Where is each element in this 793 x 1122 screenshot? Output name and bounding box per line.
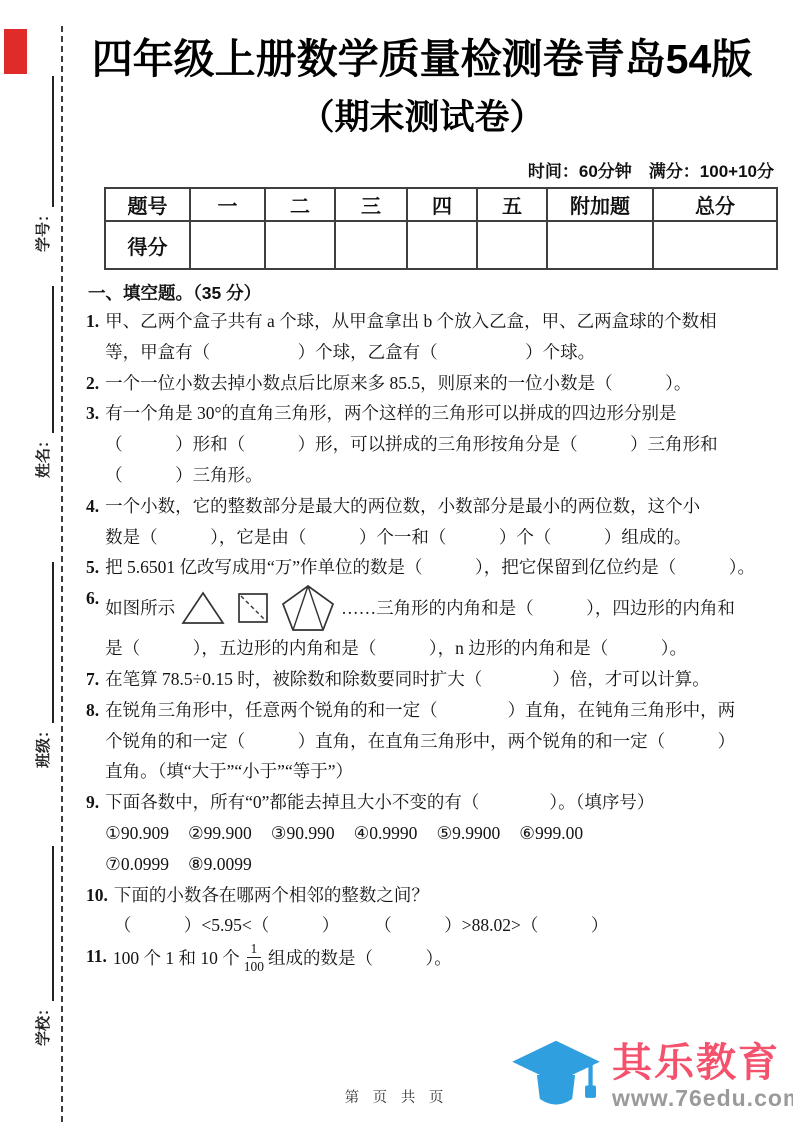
question-line: （ ）<5.95<（ ） （ ）>88.02>（ ） (114, 910, 786, 941)
question-option: ①90.909 (105, 818, 169, 849)
sidebar-field-label: 班级： (32, 723, 54, 768)
question-body: 如图所示……三角形的内角和是（ ），四边形的内角和是（ ），五边形的内角和是（ … (105, 583, 786, 664)
question-number: 6. (86, 583, 105, 614)
question-number: 3. (86, 398, 105, 429)
question-number: 2. (86, 368, 105, 399)
question-item-6: 6.如图所示……三角形的内角和是（ ），四边形的内角和是（ ），五边形的内角和是… (86, 583, 786, 664)
score-table-label: 题号 (105, 188, 190, 221)
question-options-row: ⑦0.0999⑧9.0099 (105, 849, 786, 880)
question-item-1: 1.甲、乙两个盒子共有 a 个球，从甲盒拿出 b 个放入乙盒，甲、乙两盒球的个数… (86, 306, 786, 368)
score-table-column-header: 四 (407, 188, 477, 221)
write-in-line (37, 286, 54, 433)
question-option: ③90.990 (271, 818, 335, 849)
question-text: 如图所示 (105, 593, 175, 624)
fraction-numerator: 1 (247, 941, 262, 958)
question-item-5: 5.把 5.6501 亿改写成用“万”作单位的数是（ ），把它保留到亿位约是（ … (86, 552, 786, 583)
question-item-10: 10.下面的小数各在哪两个相邻的整数之间？（ ）<5.95<（ ） （ ）>88… (86, 880, 786, 942)
question-number: 9. (86, 787, 105, 818)
question-option: ②99.900 (188, 818, 252, 849)
question-text: 组成的数是（ ）。 (268, 943, 452, 974)
score-table-column-header: 二 (265, 188, 335, 221)
question-line: 等，甲盒有（ ）个球，乙盒有（ ）个球。 (105, 337, 786, 368)
question-item-11: 11.100 个 1 和 10 个1100组成的数是（ ）。 (86, 941, 786, 975)
question-line: （ ）三角形。 (105, 460, 786, 491)
question-body: 一个小数，它的整数部分是最大的两位数，小数部分是最小的两位数，这个小数是（ ），… (105, 491, 786, 553)
question-line: 下面各数中，所有“0”都能去掉且大小不变的有（ ）。（填序号） (105, 787, 786, 818)
question-options-row: ①90.909②99.900③90.990④0.9990⑤9.9900⑥999.… (105, 818, 786, 849)
question-item-2: 2.一个一位小数去掉小数点后比原来多 85.5，则原来的一位小数是（ ）。 (86, 368, 786, 399)
score-cell-empty (190, 221, 265, 269)
test-paper-page: 学号：姓名：班级：学校： 四年级上册数学质量检测卷青岛54版 （期末测试卷） 时… (0, 0, 793, 1122)
pentagon-with-diagonals-icon (280, 583, 336, 633)
sidebar-field-school: 学校： (30, 846, 54, 1046)
score-table: 题号一二三四五附加题总分得分 (104, 187, 778, 270)
question-option: ④0.9990 (354, 818, 418, 849)
sidebar-field-label: 姓名： (32, 433, 54, 478)
time-score-info: 时间：60分钟 满分：100+10分 (62, 157, 774, 182)
question-option: ⑥999.00 (519, 818, 583, 849)
score-cell-empty (265, 221, 335, 269)
question-item-7: 7.在笔算 78.5÷0.15 时，被除数和除数要同时扩大（ ）倍，才可以计算。 (86, 664, 786, 695)
square-with-diagonal-icon (236, 589, 270, 627)
question-line: 直角。（填“大于”“小于”“等于”） (105, 756, 786, 787)
question-item-8: 8.在锐角三角形中，任意两个锐角的和一定（ ）直角，在钝角三角形中，两个锐角的和… (86, 695, 786, 787)
question-line: 一个小数，它的整数部分是最大的两位数，小数部分是最小的两位数，这个小 (105, 491, 786, 522)
section-one-heading: 一、填空题。（35 分） (88, 280, 261, 305)
question-body: 把 5.6501 亿改写成用“万”作单位的数是（ ），把它保留到亿位约是（ ）。 (105, 552, 786, 583)
sidebar-field-student-id: 学号： (30, 76, 54, 252)
question-line: 个锐角的和一定（ ）直角，在直角三角形中，两个锐角的和一定（ ） (105, 726, 786, 757)
question-line-with-figures: 如图所示……三角形的内角和是（ ），四边形的内角和 (105, 583, 786, 633)
sidebar-field-label: 学校： (32, 1001, 54, 1046)
question-body: 在笔算 78.5÷0.15 时，被除数和除数要同时扩大（ ）倍，才可以计算。 (105, 664, 786, 695)
question-number: 10. (86, 880, 114, 911)
triangle-icon (180, 589, 226, 627)
paper-title: 四年级上册数学质量检测卷青岛54版 (66, 26, 778, 85)
score-cell-empty (477, 221, 547, 269)
question-item-3: 3.有一个角是 30°的直角三角形，两个这样的三角形可以拼成的四边形分别是（ ）… (86, 398, 786, 490)
dashed-fold-line (61, 26, 63, 1122)
score-cell-empty (653, 221, 777, 269)
question-body: 100 个 1 和 10 个1100组成的数是（ ）。 (113, 941, 786, 975)
question-text: 100 个 1 和 10 个 (113, 943, 240, 974)
fraction-denominator: 100 (244, 958, 264, 975)
question-number: 11. (86, 941, 113, 972)
brand-website: www.76edu.com (612, 1085, 793, 1112)
question-number: 8. (86, 695, 105, 726)
question-text: ……三角形的内角和是（ ），四边形的内角和 (341, 593, 735, 624)
score-table-column-header: 一 (190, 188, 265, 221)
question-option: ⑧9.0099 (188, 849, 252, 880)
question-line: 是（ ），五边形的内角和是（ ），n 边形的内角和是（ ）。 (105, 633, 786, 664)
question-item-9: 9.下面各数中，所有“0”都能去掉且大小不变的有（ ）。（填序号）①90.909… (86, 787, 786, 879)
score-table-column-header: 附加题 (547, 188, 653, 221)
write-in-line (37, 562, 54, 723)
question-line: （ ）形和（ ）形，可以拼成的三角形按角分是（ ）三角形和 (105, 429, 786, 460)
score-cell-empty (547, 221, 653, 269)
question-body: 一个一位小数去掉小数点后比原来多 85.5，则原来的一位小数是（ ）。 (105, 368, 786, 399)
brand-logo: 其乐教育 www.76edu.com (508, 1036, 793, 1116)
question-number: 4. (86, 491, 105, 522)
question-line: 一个一位小数去掉小数点后比原来多 85.5，则原来的一位小数是（ ）。 (105, 368, 786, 399)
write-in-line (37, 846, 54, 1001)
brand-name: 其乐教育 (612, 1041, 793, 1085)
question-line-with-fraction: 100 个 1 和 10 个1100组成的数是（ ）。 (113, 941, 786, 975)
score-cell-empty (407, 221, 477, 269)
question-line: 下面的小数各在哪两个相邻的整数之间？ (114, 880, 786, 911)
sidebar-field-name: 姓名： (30, 286, 54, 478)
question-line: 有一个角是 30°的直角三角形，两个这样的三角形可以拼成的四边形分别是 (105, 398, 786, 429)
question-number: 7. (86, 664, 105, 695)
question-line: 数是（ ），它是由（ ）个一和（ ）个（ ）组成的。 (105, 522, 786, 553)
questions-list: 1.甲、乙两个盒子共有 a 个球，从甲盒拿出 b 个放入乙盒，甲、乙两盒球的个数… (86, 306, 786, 975)
question-option: ⑤9.9900 (436, 818, 500, 849)
paper-subtitle: （期末测试卷） (66, 90, 778, 140)
question-line: 在锐角三角形中，任意两个锐角的和一定（ ）直角，在钝角三角形中，两 (105, 695, 786, 726)
polygon-figures (175, 583, 341, 633)
graduation-cap-icon (508, 1036, 604, 1116)
question-item-4: 4.一个小数，它的整数部分是最大的两位数，小数部分是最小的两位数，这个小数是（ … (86, 491, 786, 553)
question-number: 1. (86, 306, 105, 337)
red-corner-mark (4, 29, 27, 74)
sidebar-field-label: 学号： (32, 207, 54, 252)
fraction: 1100 (244, 941, 264, 975)
question-line: 甲、乙两个盒子共有 a 个球，从甲盒拿出 b 个放入乙盒，甲、乙两盒球的个数相 (105, 306, 786, 337)
question-body: 有一个角是 30°的直角三角形，两个这样的三角形可以拼成的四边形分别是（ ）形和… (105, 398, 786, 490)
question-line: 把 5.6501 亿改写成用“万”作单位的数是（ ），把它保留到亿位约是（ ）。 (105, 552, 786, 583)
question-number: 5. (86, 552, 105, 583)
score-table-column-header: 五 (477, 188, 547, 221)
question-body: 下面各数中，所有“0”都能去掉且大小不变的有（ ）。（填序号）①90.909②9… (105, 787, 786, 879)
score-table-column-header: 三 (335, 188, 407, 221)
write-in-line (37, 76, 54, 207)
score-table-column-header: 总分 (653, 188, 777, 221)
sidebar-field-class: 班级： (30, 562, 54, 768)
question-line: 在笔算 78.5÷0.15 时，被除数和除数要同时扩大（ ）倍，才可以计算。 (105, 664, 786, 695)
question-body: 下面的小数各在哪两个相邻的整数之间？（ ）<5.95<（ ） （ ）>88.02… (114, 880, 786, 942)
question-body: 在锐角三角形中，任意两个锐角的和一定（ ）直角，在钝角三角形中，两个锐角的和一定… (105, 695, 786, 787)
score-cell-empty (335, 221, 407, 269)
question-body: 甲、乙两个盒子共有 a 个球，从甲盒拿出 b 个放入乙盒，甲、乙两盒球的个数相等… (105, 306, 786, 368)
question-option: ⑦0.0999 (105, 849, 169, 880)
score-row-label: 得分 (105, 221, 190, 269)
